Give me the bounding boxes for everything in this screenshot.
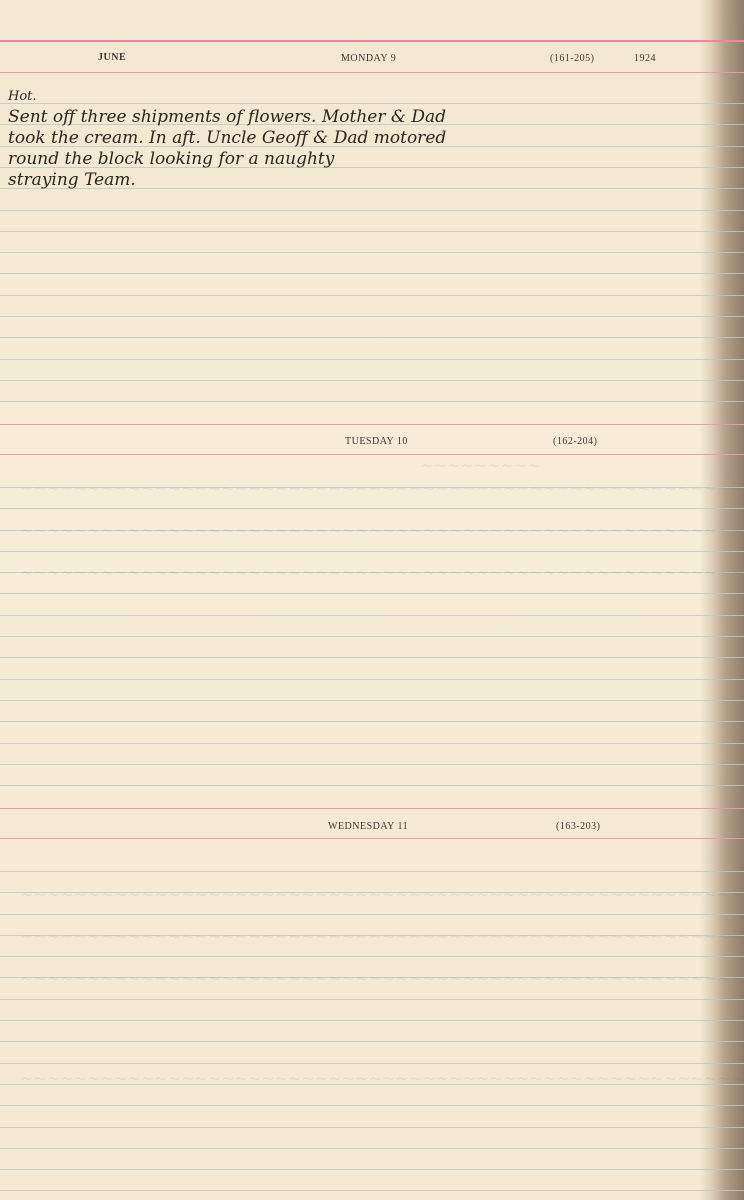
day-count-monday: (161-205): [550, 53, 595, 64]
ruled-line: [0, 956, 744, 957]
ruled-line: [0, 231, 744, 232]
ruled-line: [0, 508, 744, 509]
entry-line: Sent off three shipments of flowers. Mot…: [8, 107, 708, 128]
ruled-line: [0, 210, 744, 211]
ruled-line: [0, 785, 744, 786]
ruled-line: [0, 721, 744, 722]
ruled-line: [0, 1063, 744, 1064]
bleed-through-text: ~~~~~~~~~~~~~~~~~~~~~~~~~~~~~~~~~~~~~~~~…: [20, 1068, 744, 1089]
ruled-line: [0, 593, 744, 594]
entry-line: took the cream. In aft. Uncle Geoff & Da…: [8, 128, 708, 149]
diary-page: JUNE MONDAY 9 (161-205) 1924 TUESDAY 10 …: [0, 0, 744, 1200]
day-count-tuesday: (162-204): [553, 436, 598, 447]
ruled-line: [0, 1148, 744, 1149]
bleed-through-text: ~~~~~~~~~~~~~~~~~~~~~~~~~~~~~~~~~~~~~~~~…: [20, 478, 744, 499]
ruled-line: [0, 657, 744, 658]
ruled-line: [0, 273, 744, 274]
ruled-line: [0, 252, 744, 253]
ruled-line: [0, 700, 744, 701]
monday-entry: Hot. Sent off three shipments of flowers…: [8, 86, 708, 191]
ruled-line: [0, 914, 744, 915]
day-label-monday: MONDAY 9: [341, 53, 396, 64]
day-label-tuesday: TUESDAY 10: [345, 436, 408, 447]
bleed-through-text: ~~~~~~~~~~~~~~~~~~~~~~~~~~~~~~~~~~~~~~~~…: [20, 884, 744, 905]
header-rule-top: [0, 424, 744, 425]
ruled-line: [0, 316, 744, 317]
bleed-through-text: ~~~~~~~~~~~~~~~~~~~~~~~~~~~~~~~~~~~~~~~~…: [20, 562, 744, 583]
ruled-line: [0, 743, 744, 744]
ruled-line: [0, 1105, 744, 1106]
header-rule-top: [0, 40, 744, 42]
ruled-line: [0, 871, 744, 872]
ruled-line: [0, 380, 744, 381]
ruled-line: [0, 295, 744, 296]
bleed-through-text: ~~~~~~~~~: [420, 455, 541, 476]
header-rule-bottom: [0, 838, 744, 839]
bleed-through-text: ~~~~~~~~~~~~~~~~~~~~~~~~~~~~~~~~~~~~~~~~…: [20, 926, 744, 947]
year-label: 1924: [634, 53, 656, 64]
bleed-through-text: ~~~~~~~~~~~~~~~~~~~~~~~~~~~~~~~~~~~~~~~~…: [20, 520, 744, 541]
ruled-line: [0, 359, 744, 360]
header-rule-top: [0, 808, 744, 809]
header-rule-bottom: [0, 72, 744, 73]
month-label: JUNE: [98, 52, 126, 63]
ruled-line: [0, 679, 744, 680]
entry-line: straying Team.: [8, 170, 708, 191]
ruled-line: [0, 1041, 744, 1042]
ruled-line: [0, 1190, 744, 1191]
ruled-line: [0, 764, 744, 765]
entry-line: Hot.: [8, 86, 708, 107]
ruled-line: [0, 1169, 744, 1170]
entry-line: round the block looking for a naughty: [8, 149, 708, 170]
ruled-line: [0, 1127, 744, 1128]
bleed-through-text: ~~~~~~~~~~~~~~~~~~~~~~~~~~~~~~~~~~~~~~~~…: [20, 968, 744, 989]
ruled-line: [0, 999, 744, 1000]
ruled-line: [0, 551, 744, 552]
ruled-line: [0, 615, 744, 616]
day-label-wednesday: WEDNESDAY 11: [328, 821, 408, 832]
ruled-line: [0, 1020, 744, 1021]
ruled-line: [0, 337, 744, 338]
day-count-wednesday: (163-203): [556, 821, 601, 832]
ruled-line: [0, 636, 744, 637]
ruled-line: [0, 401, 744, 402]
header-rule-bottom: [0, 454, 744, 455]
